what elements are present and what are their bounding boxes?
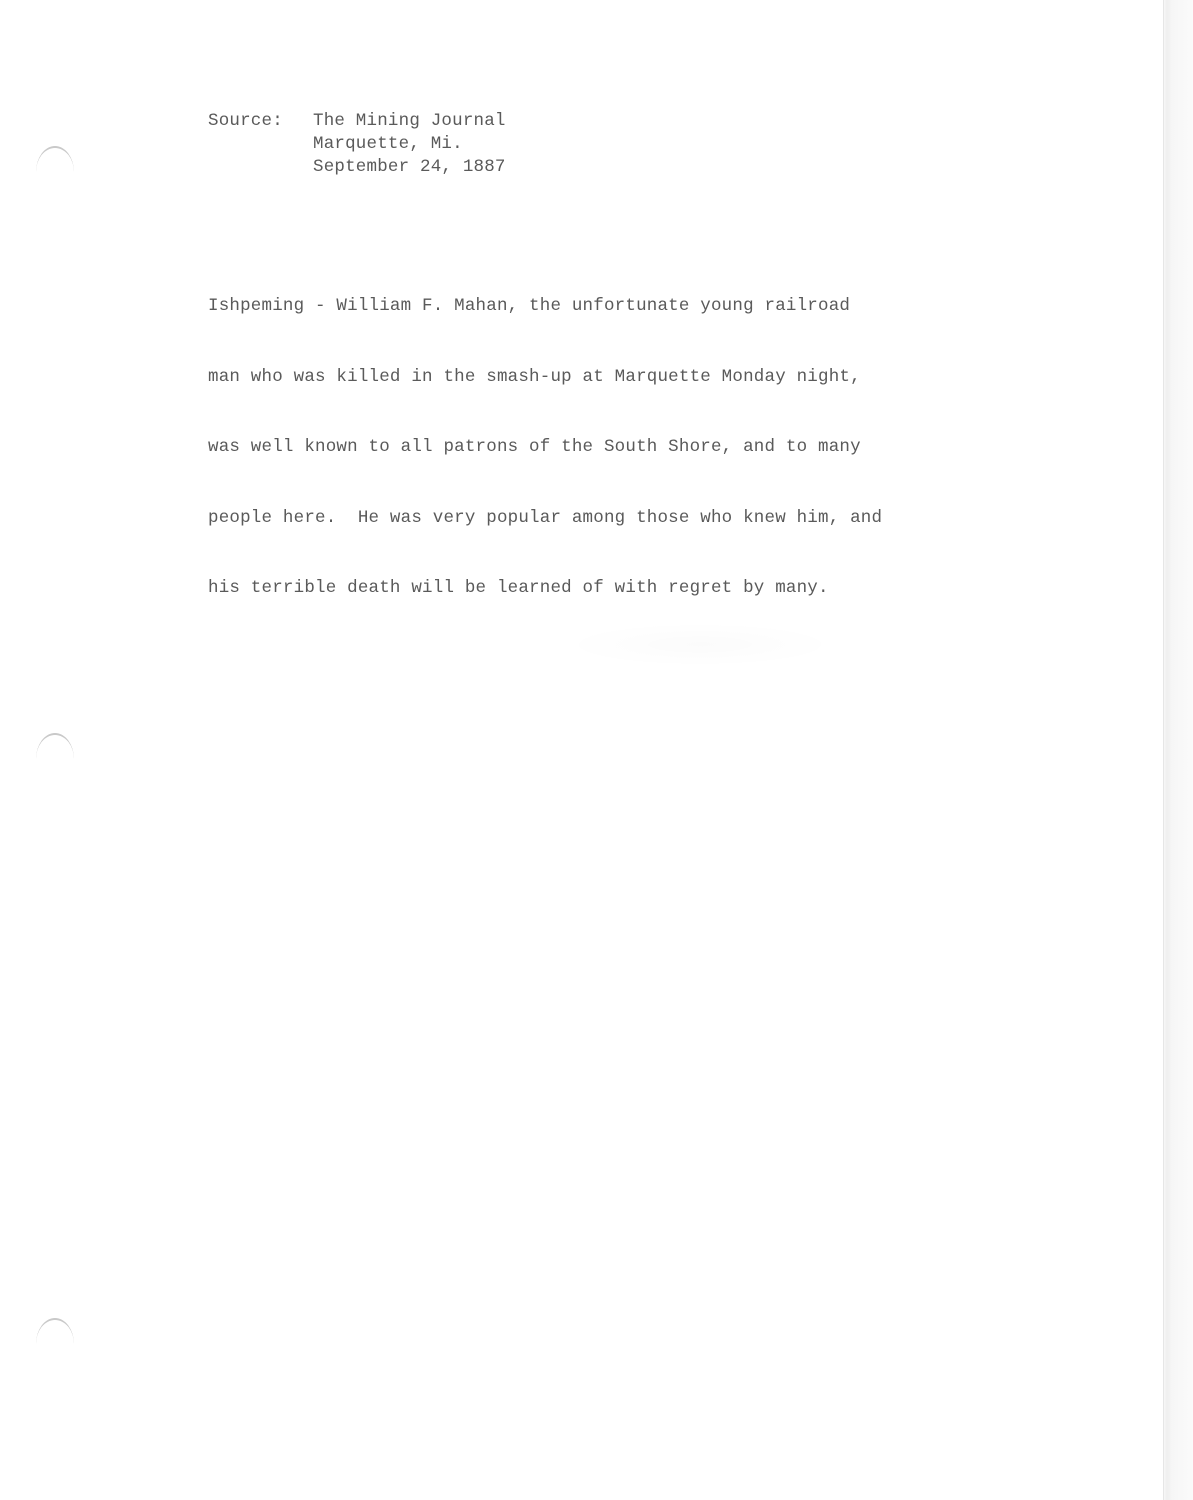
source-date: September 24, 1887 — [313, 156, 506, 179]
source-row-2: Marquette, Mi. — [208, 133, 506, 156]
article-line: his terrible death will be learned of wi… — [208, 577, 948, 601]
article-line: people here. He was very popular among t… — [208, 507, 948, 531]
hole-punch-mark-bottom — [36, 1318, 74, 1344]
page-edge-shadow — [1163, 0, 1193, 1500]
source-row-1: Source: The Mining Journal — [208, 110, 506, 133]
source-label: Source: — [208, 110, 313, 133]
source-label-spacer — [208, 156, 313, 179]
source-publication: The Mining Journal — [313, 110, 506, 133]
article-line: man who was killed in the smash-up at Ma… — [208, 366, 948, 390]
source-label-spacer — [208, 133, 313, 156]
source-citation: Source: The Mining Journal Marquette, Mi… — [208, 110, 506, 179]
hole-punch-mark-middle — [36, 733, 74, 759]
source-location: Marquette, Mi. — [313, 133, 463, 156]
article-text: Ishpeming - William F. Mahan, the unfort… — [208, 248, 948, 648]
source-row-3: September 24, 1887 — [208, 156, 506, 179]
article-line: Ishpeming - William F. Mahan, the unfort… — [208, 295, 948, 319]
typed-document-page: Source: The Mining Journal Marquette, Mi… — [0, 0, 1193, 1500]
article-line: was well known to all patrons of the Sou… — [208, 436, 948, 460]
hole-punch-mark-top — [36, 146, 74, 172]
